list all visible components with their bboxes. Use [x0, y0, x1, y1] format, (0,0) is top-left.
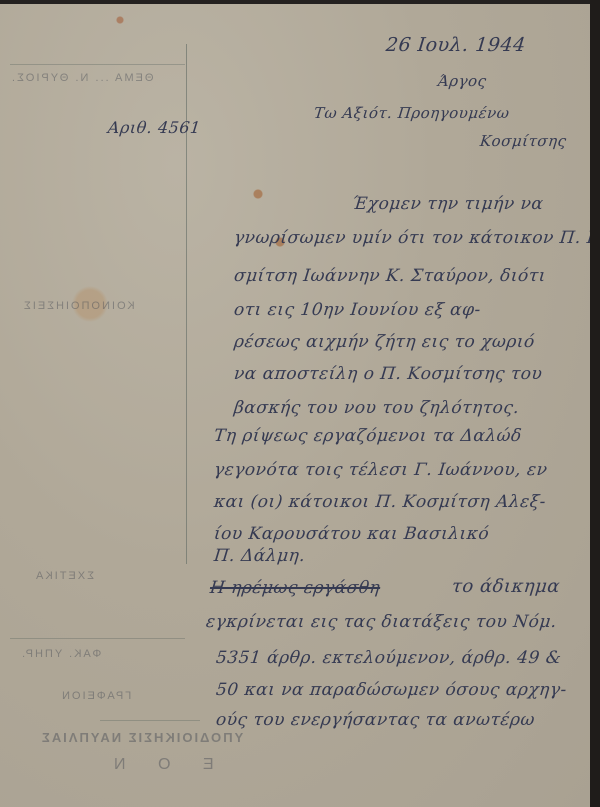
bleed-file: ΦΑΚ. ΥΠΗΡ.	[20, 648, 101, 660]
scan-right-edge	[590, 0, 600, 807]
bleed-subcommand: ΥΠΟΔΙΟΙΚΗΣΙΣ ΝΑΥΠΛΙΑΣ	[40, 730, 243, 745]
body-line: ίου Καρουσάτου και Βασιλικό	[213, 524, 490, 544]
bleed-organization: Ε Ο Ν	[100, 756, 214, 774]
form-rule	[10, 638, 185, 639]
bleed-office: ΓΡΑΦΕΙΟΝ	[60, 690, 131, 702]
form-rule	[100, 720, 200, 721]
body-line: γεγονότα τοις τέλεσι Γ. Ιωάννου, εν	[213, 460, 549, 480]
letter-date: 26 Ιουλ. 1944	[385, 34, 527, 56]
document-page: ΘΕΜΑ ... Ν. ΘΥΡΙΟΣ. ΚΟΙΝΟΠΟΙΗΣΕΙΣ ΣΧΕΤΙΚ…	[0, 4, 590, 807]
body-line: να αποστείλη ο Π. Κοσμίτσης του	[233, 364, 543, 384]
continuation-line: ούς του ενεργήσαντας τα ανωτέρω	[215, 710, 536, 730]
continuation-line: το άδικημα	[451, 576, 561, 597]
struck-through-text: Η ηρέμως εργάσθη	[209, 578, 381, 598]
continuation-line: 50 και να παραδώσωμεν όσους αρχηγ-	[215, 680, 568, 700]
bleed-subject: ΘΕΜΑ ... Ν. ΘΥΡΙΟΣ.	[10, 72, 153, 84]
recipient-line-1: Τω Αξιότ. Προηγουμένω	[313, 104, 510, 122]
form-rule	[10, 64, 185, 65]
body-line: σμίτση Ιωάννην Κ. Σταύρον, διότι	[233, 266, 547, 286]
recipient-line-2: Κοσμίτσης	[479, 132, 567, 150]
continuation-line: 5351 άρθρ. εκτελούμενον, άρθρ. 49 &	[215, 648, 562, 668]
letter-place: Άργος	[437, 72, 487, 90]
body-line: Π. Δάλμη.	[213, 546, 306, 566]
body-line: βασκής του νου του ζηλότητος.	[233, 398, 520, 418]
reference-number: Αριθ. 4561	[107, 118, 202, 137]
body-line: Έχομεν την τιμήν να	[351, 194, 545, 214]
body-line: ρέσεως αιχμήν ζήτη εις το χωριό	[233, 332, 536, 352]
body-line: οτι εις 10ην Ιουνίου εξ αφ-	[233, 300, 482, 320]
body-line: Τη ρίψεως εργαζόμενοι τα Δαλώδ	[213, 426, 523, 446]
bleed-related: ΣΧΕΤΙΚΑ	[34, 570, 94, 582]
bleed-notifications: ΚΟΙΝΟΠΟΙΗΣΕΙΣ	[22, 300, 135, 312]
body-line: και (οι) κάτοικοι Π. Κοσμίτση Αλεξ-	[213, 492, 547, 512]
continuation-line: εγκρίνεται εις τας διατάξεις του Νόμ.	[205, 612, 558, 632]
body-line: γνωρίσωμεν υμίν ότι τον κάτοικον Π. Κο-	[233, 228, 590, 248]
